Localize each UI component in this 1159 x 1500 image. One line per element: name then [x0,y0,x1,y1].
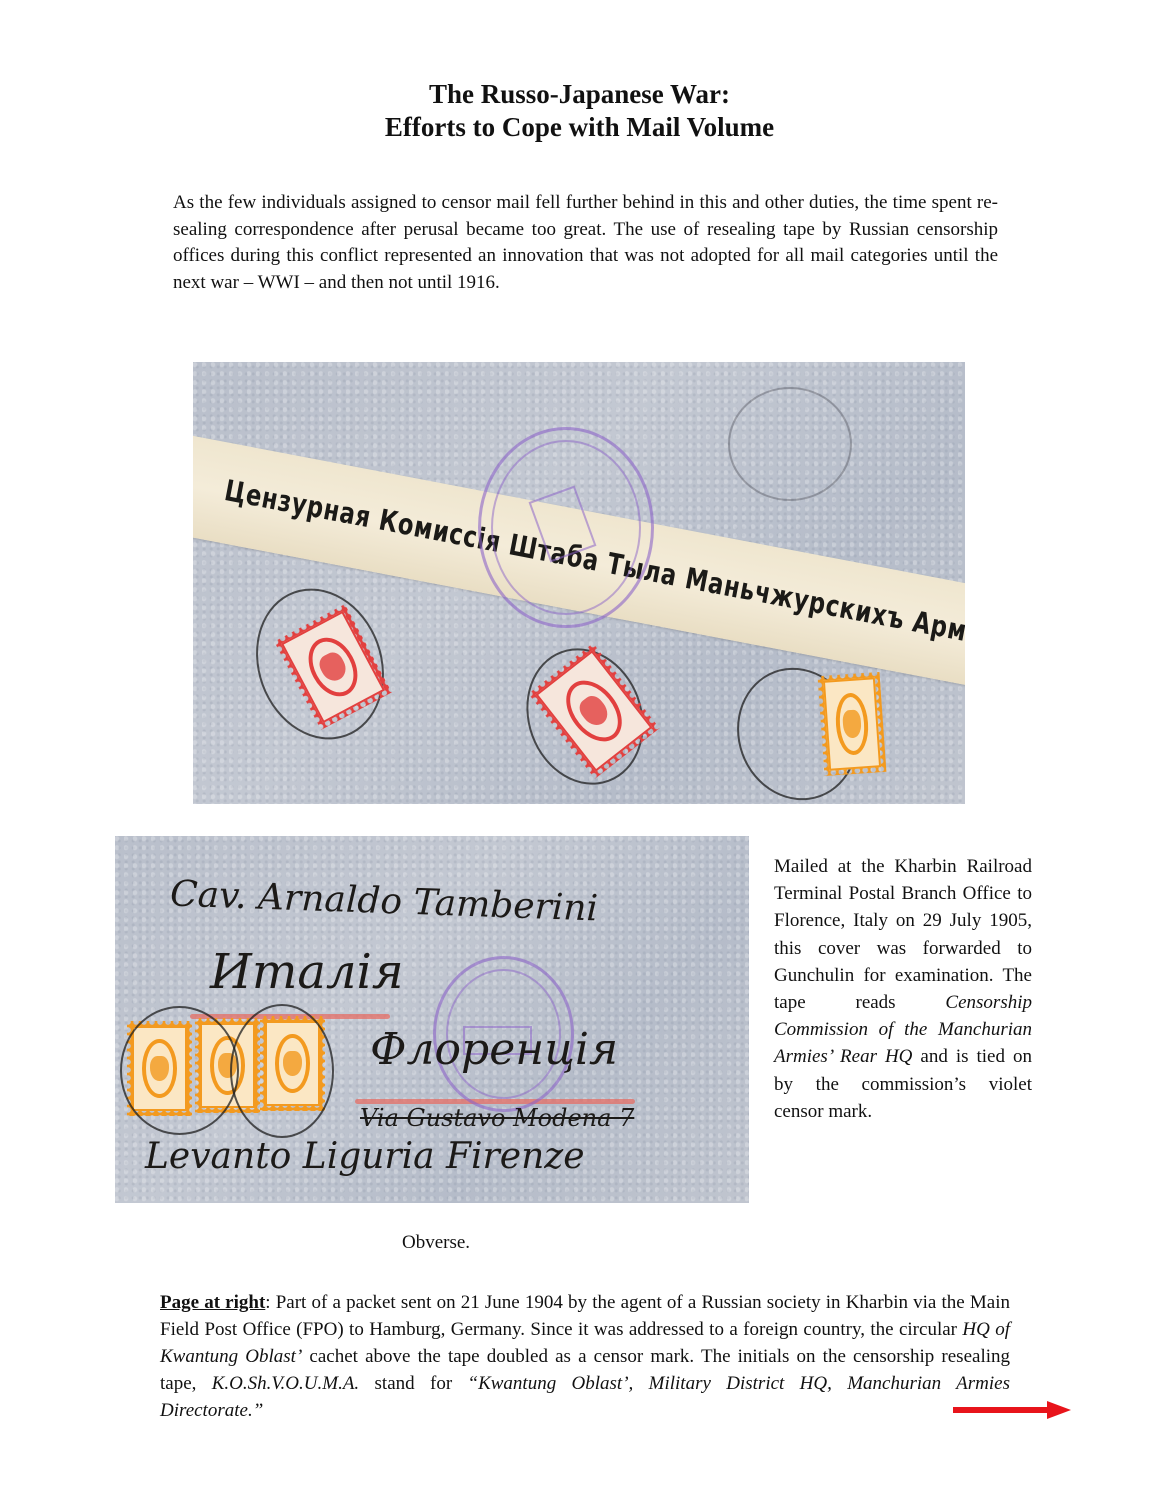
obverse-caption: Obverse. [402,1232,470,1254]
arrow-right-icon [953,1401,1071,1419]
postmark-front-2 [230,1004,334,1138]
page-title: The Russo-Japanese War: Efforts to Cope … [0,78,1159,144]
postmark-faint [728,387,852,501]
address-line-2: Италія [210,944,404,1000]
address-line-4: Via Gustavo Modena 7 [360,1104,634,1132]
page-at-right-paragraph: Page at right: Part of a packet sent on … [160,1289,1010,1424]
title-line-2: Efforts to Cope with Mail Volume [0,111,1159,144]
address-line-3: Флоренція [370,1024,618,1075]
intro-paragraph: As the few individuals assigned to censo… [173,190,998,296]
address-line-1: Cav. Arnaldo Tamberini [169,874,598,930]
stamp-orange-1k [818,672,887,776]
cover-obverse-image: Cav. Arnaldo Tamberini Италія Флоренція … [115,836,749,1203]
description-text: Mailed at the Kharbin Railroad Terminal … [774,856,1032,1013]
cover-reverse-image: Цензурная Комиссія Штаба Тыла Маньчжурск… [193,362,965,804]
bottom-text-1: : Part of a packet sent on 21 June 1904 … [160,1292,1010,1340]
bottom-text-3: stand for [359,1373,467,1394]
bottom-italic-2: K.O.Sh.V.O.U.M.A. [212,1373,359,1394]
title-line-1: The Russo-Japanese War: [0,78,1159,111]
lead-label: Page at right [160,1292,265,1313]
postmark-front-1 [120,1006,239,1135]
address-line-5: Levanto Liguria Firenze [145,1136,585,1177]
cover-description: Mailed at the Kharbin Railroad Terminal … [774,853,1032,1125]
